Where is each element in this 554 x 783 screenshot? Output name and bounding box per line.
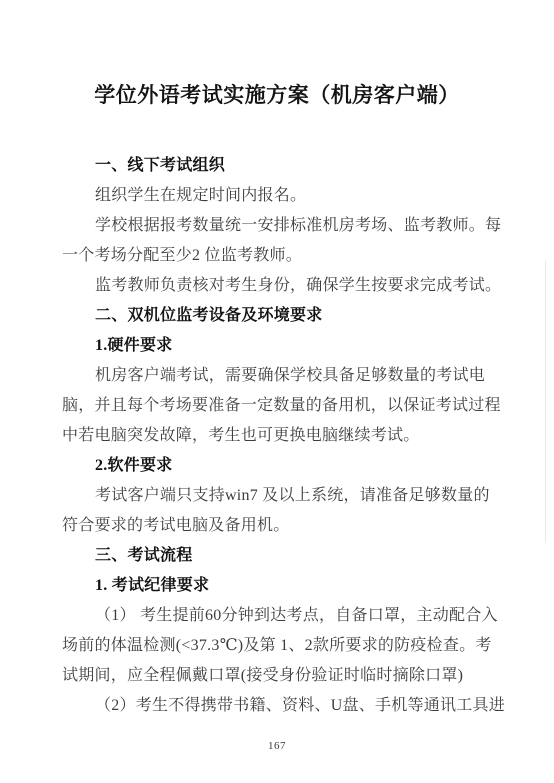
section-heading: 1.硬件要求 <box>62 331 506 361</box>
text-line: 符合要求的考试电脑及备用机。 <box>62 511 506 541</box>
text-line: 组织学生在规定时间内报名。 <box>62 181 506 211</box>
text-line: （2）考生不得携带书籍、资料、U盘、手机等通讯工具进 <box>62 691 506 721</box>
section-heading: 2.软件要求 <box>62 451 506 481</box>
section-heading: 三、考试流程 <box>62 541 506 571</box>
page-number: 167 <box>0 740 554 752</box>
text-line: 试期间，应全程佩戴口罩(接受身份验证时临时摘除口罩) <box>62 661 506 691</box>
section-heading: 1. 考试纪律要求 <box>62 571 506 601</box>
section-heading: 一、线下考试组织 <box>62 151 506 181</box>
text-line: 场前的体温检测(<37.3℃)及第 1、2款所要求的防疫检查。考 <box>62 631 506 661</box>
text-line: 脑，并且每个考场要准备一定数量的备用机，以保证考试过程 <box>62 391 506 421</box>
scan-edge-artifact <box>545 260 546 543</box>
document-body: 一、线下考试组织组织学生在规定时间内报名。学校根据报考数量统一安排标准机房考场、… <box>62 151 506 721</box>
text-line: （1） 考生提前60分钟到达考点，自备口罩，主动配合入 <box>62 601 506 631</box>
text-line: 一个考场分配至少2 位监考教师。 <box>62 241 506 271</box>
text-line: 中若电脑突发故障，考生也可更换电脑继续考试。 <box>62 421 506 451</box>
document-title: 学位外语考试实施方案（机房客户端） <box>40 80 514 110</box>
text-line: 监考教师负责核对考生身份，确保学生按要求完成考试。 <box>62 271 506 301</box>
text-line: 机房客户端考试，需要确保学校具备足够数量的考试电 <box>62 361 506 391</box>
section-heading: 二、双机位监考设备及环境要求 <box>62 301 506 331</box>
text-line: 学校根据报考数量统一安排标准机房考场、监考教师。每 <box>62 211 506 241</box>
document-page: 学位外语考试实施方案（机房客户端） 一、线下考试组织组织学生在规定时间内报名。学… <box>0 0 554 783</box>
text-line: 考试客户端只支持win7 及以上系统，请准备足够数量的 <box>62 481 506 511</box>
